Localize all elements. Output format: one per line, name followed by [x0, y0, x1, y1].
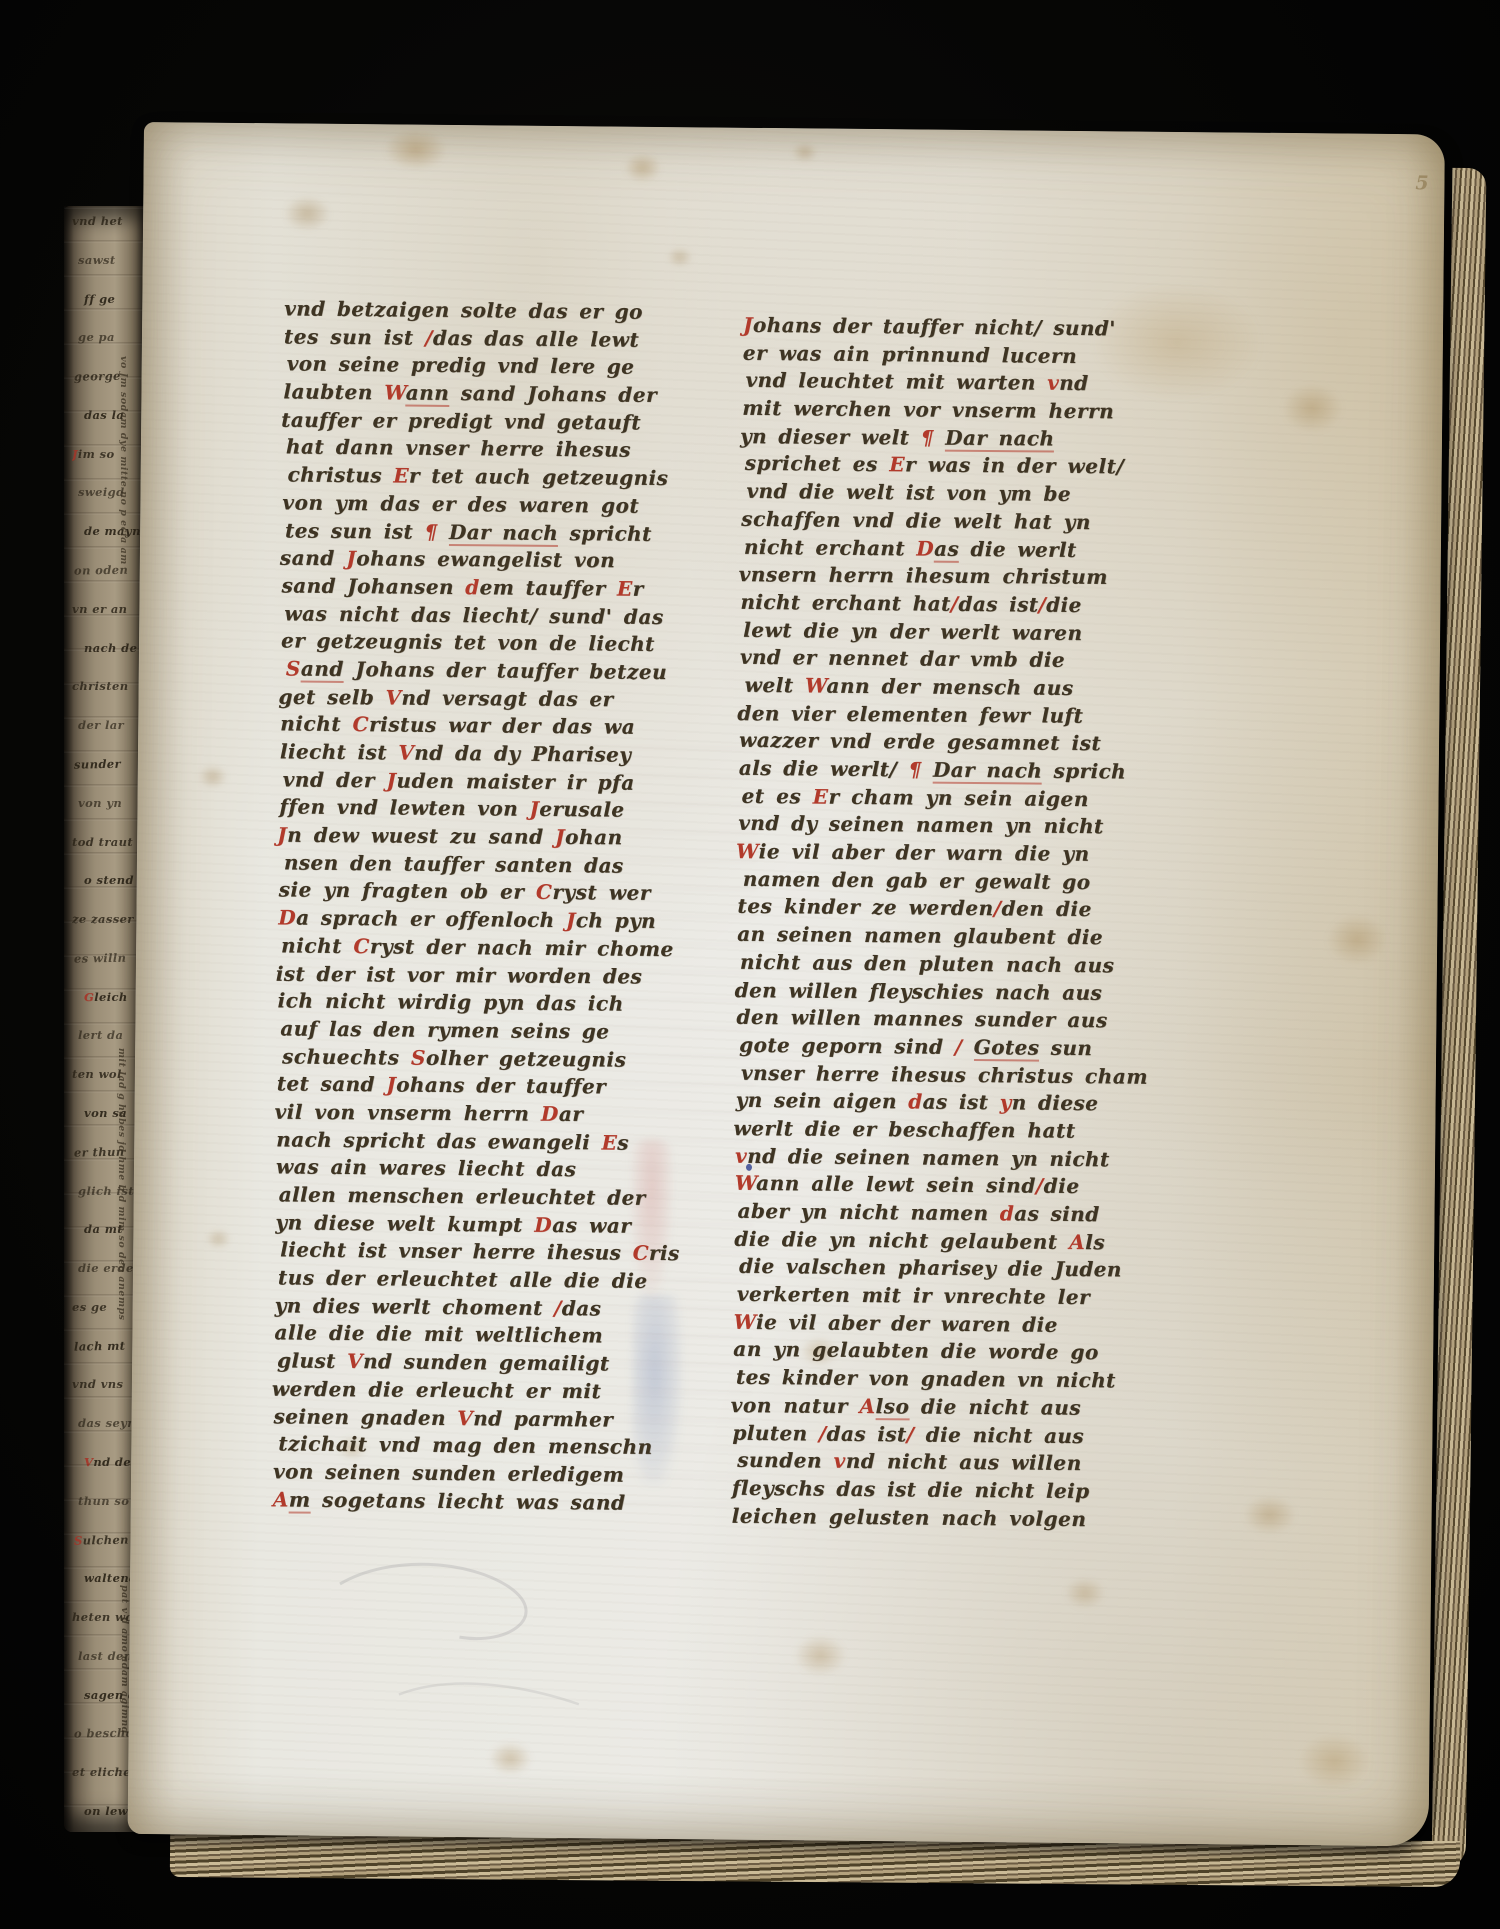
edge-fragment: tod traut	[72, 837, 144, 849]
manuscript-line: Sand Johans der tauffer betzeu	[286, 655, 656, 686]
rubric-mark: A	[859, 1394, 875, 1418]
manuscript-line: nach spricht das ewangeli Es	[276, 1126, 646, 1157]
rubric-underline: m	[289, 1487, 311, 1513]
rubric-mark: /	[1036, 1174, 1044, 1198]
foxing-spot	[205, 1229, 231, 1249]
manuscript-line: tus der erleuchtet alle die die	[278, 1264, 648, 1295]
manuscript-line: christus Er tet auch getzeugnis	[287, 462, 657, 493]
manuscript-line: sunden vnd nicht aus willen	[737, 1447, 1109, 1478]
manuscript-line: seinen gnaden Vnd parmher	[273, 1403, 643, 1434]
edge-fragment: o stend	[84, 875, 144, 887]
edge-fragment: ten wol	[72, 1069, 144, 1081]
rubric-mark: ¶	[424, 519, 437, 543]
manuscript-line: vnd die welt ist von ym be	[746, 478, 1118, 509]
rubric-mark: V	[385, 685, 401, 709]
manuscript-line: tzichait vnd mag den menschn	[278, 1431, 648, 1462]
manuscript-line: hat dann vnser herre ihesus	[286, 434, 656, 465]
rubric-mark: d	[908, 1090, 923, 1114]
edge-fragment: ge pa	[78, 332, 144, 344]
rubric-mark: V	[84, 1455, 93, 1469]
rubric-mark: J	[743, 313, 753, 337]
text-column-right: Johans der tauffer nicht/ sund'er was ai…	[732, 312, 1116, 1534]
manuscript-line: werden die erleucht er mit	[272, 1375, 642, 1405]
manuscript-line: liecht ist vnser herre ihesus Cris	[280, 1237, 650, 1268]
rubric-mark: J	[277, 823, 287, 847]
manuscript-line: tauffer er predigt vnd getauft	[281, 406, 651, 436]
rubric-mark: ¶	[908, 757, 921, 781]
manuscript-line: an yn gelaubten die worde go	[733, 1336, 1105, 1367]
rubric-mark: J	[555, 825, 565, 849]
edge-fragment: de mayn	[84, 526, 144, 538]
manuscript-line: werlt die er beschaffen hatt	[733, 1115, 1105, 1145]
manuscript-line: als die werlt/ ¶ Dar nach sprich	[739, 755, 1111, 786]
manuscript-line: ffen vnd lewten von Jerusale	[279, 794, 649, 825]
rubric-mark: E	[601, 1130, 617, 1154]
manuscript-line: mit werchen vor vnserm herrn	[742, 395, 1114, 426]
rubric-mark: J	[386, 1073, 396, 1097]
photo-backdrop: vnd hetsawstff gege pageorgedas laJim so…	[0, 0, 1500, 1929]
manuscript-line: was nicht das liecht/ sund' das	[284, 600, 654, 631]
manuscript-line: yn dies werlt choment /das	[275, 1292, 645, 1323]
text-column-left: vnd betzaigen solte das er gotes sun ist…	[273, 295, 655, 1517]
manuscript-line: namen den gab er gewalt go	[743, 866, 1115, 897]
edge-fragment: ff ge	[84, 294, 144, 306]
manuscript-page: 5 vnd betzaigen solte das er gotes sun i…	[128, 122, 1445, 1846]
rubric-mark: /	[1038, 592, 1046, 616]
rubric-mark: /	[994, 897, 1002, 921]
rubric-underline: Dar nach	[449, 519, 558, 546]
manuscript-line: yn diese welt kumpt Das war	[275, 1209, 645, 1240]
edge-fragment: george	[74, 371, 144, 384]
manuscript-line: et es Er cham yn sein aigen	[741, 782, 1113, 813]
rubric-mark: G	[84, 990, 94, 1004]
foxing-spot	[793, 1634, 847, 1677]
manuscript-line: vnd der Juden maister ir pfa	[283, 766, 653, 797]
rubric-underline: ann	[406, 381, 450, 407]
rubric-mark: D	[534, 1212, 552, 1236]
edge-fragment: sawst	[78, 255, 144, 267]
manuscript-line: get selb Vnd versagt das er	[278, 683, 648, 713]
manuscript-line: Wie vil aber der waren die	[733, 1308, 1105, 1339]
manuscript-line: tes kinder von gnaden vn nicht	[736, 1364, 1108, 1395]
manuscript-line: von natur Also die nicht aus	[731, 1392, 1103, 1422]
rubric-mark: W	[736, 839, 759, 863]
foxing-spot	[1326, 913, 1388, 966]
foxing-spot	[792, 142, 818, 162]
foxing-spot	[1064, 1577, 1106, 1609]
manuscript-line: Da sprach er offenloch Jch pyn	[278, 904, 648, 935]
manuscript-line: die die yn nicht gelaubent Als	[734, 1225, 1106, 1256]
manuscript-line: vnd betzaigen solte das er go	[284, 295, 654, 326]
rubric-mark: S	[286, 656, 301, 680]
manuscript-line: von ym das er des waren got	[282, 489, 652, 520]
rubric-mark: /	[951, 592, 959, 616]
manuscript-line: vil von vnserm herrn Dar	[274, 1099, 644, 1129]
rubric-mark: J	[346, 546, 356, 570]
rubric-mark: S	[74, 1533, 83, 1547]
rubric-mark: E	[617, 576, 633, 600]
rubric-mark: E	[393, 464, 409, 488]
manuscript-line: ich nicht wirdig pyn das ich	[277, 988, 647, 1019]
manuscript-line: von seine predig vnd lere ge	[287, 351, 657, 382]
edge-fragment: ze zasser	[72, 914, 144, 926]
manuscript-line: tes kinder ze werden/den die	[737, 893, 1109, 924]
rubric-mark: /	[955, 1035, 963, 1059]
rubric-mark: d	[1000, 1201, 1015, 1225]
manuscript-line: yn dieser welt ¶ Dar nach	[740, 423, 1112, 453]
edge-fragment: von yn	[78, 798, 144, 810]
rubric-mark: J	[529, 797, 539, 821]
rubric-mark: D	[278, 905, 296, 929]
folio-number: 5	[1415, 174, 1428, 193]
foxing-spot	[623, 153, 661, 183]
manuscript-line: aber yn nicht namen das sind	[737, 1198, 1109, 1229]
manuscript-line: nicht Cryst der nach mir chome	[281, 932, 651, 963]
manuscript-line: an seinen namen glaubent die	[737, 921, 1109, 952]
manuscript-line: allen menschen erleuchtet der	[279, 1181, 649, 1212]
manuscript-line: den vier elementen fewr luft	[737, 700, 1109, 730]
manuscript-line: vnd die seinen namen yn nicht	[735, 1142, 1107, 1173]
gutter-note-3: pat v d amo adam agimnd	[118, 1585, 129, 1734]
manuscript-line: die valschen pharisey die Juden	[739, 1253, 1111, 1284]
rubric-underline: as	[934, 536, 959, 562]
foxing-spot	[1281, 383, 1343, 434]
rubric-mark: C	[633, 1241, 650, 1265]
rubric-mark: W	[805, 673, 827, 697]
rubric-mark: /	[906, 1422, 914, 1446]
edge-fragment: nach de	[84, 643, 144, 655]
manuscript-line: Wie vil aber der warn die yn	[736, 838, 1108, 868]
rubric-mark: E	[889, 453, 905, 477]
rubric-underline: lso	[875, 1394, 909, 1420]
manuscript-line: auf las den rymen seins ge	[280, 1015, 650, 1046]
rubric-underline: Dar nach	[933, 758, 1042, 785]
rubric-mark: C	[353, 934, 370, 958]
manuscript-line: tet sand Johans der tauffer	[277, 1071, 647, 1102]
foxing-spot	[384, 128, 448, 171]
foxing-spot	[198, 765, 228, 789]
manuscript-line: Am sogetans liecht was sand	[273, 1486, 643, 1517]
manuscript-line: den willen fleyschies nach aus	[735, 977, 1107, 1007]
foxing-spot	[1242, 1495, 1296, 1536]
edge-fragment: on oden	[74, 564, 144, 577]
manuscript-line: schaffen vnd die welt hat yn	[741, 506, 1113, 537]
manuscript-line: vnd dy seinen namen yn nicht	[738, 810, 1110, 841]
manuscript-line: sand Johans ewangelist von	[280, 545, 650, 575]
rubric-mark: V	[398, 740, 414, 764]
rubric-mark: J	[386, 768, 396, 792]
rubric-mark: V	[347, 1349, 363, 1373]
rubric-mark: D	[541, 1102, 559, 1126]
edge-fragment: vn er an	[72, 604, 144, 616]
manuscript-line: sprichet es Er was in der welt/	[745, 450, 1117, 481]
manuscript-line: glust Vnd sunden gemailigt	[277, 1347, 647, 1378]
manuscript-line: er getzeugnis tet von de liecht	[281, 628, 651, 659]
rubric-mark: v	[833, 1449, 845, 1473]
edge-fragment: Jim so	[72, 449, 144, 461]
edge-fragment: der lar	[78, 720, 144, 732]
gutter-note-1: vo Jm sodam dye mitte no p ecia am	[117, 356, 128, 565]
edge-fragment: das la	[84, 410, 144, 422]
rubric-underline: and	[301, 656, 344, 682]
manuscript-line: yn sein aigen das ist yn diese	[735, 1087, 1107, 1118]
manuscript-line: sie yn fragten ob er Cryst wer	[278, 877, 648, 908]
manuscript-line: Wann alle lewt sein sind/die	[735, 1170, 1107, 1201]
manuscript-line: lewt die yn der werlt waren	[743, 616, 1115, 647]
manuscript-line: gote geporn sind / Gotes sun	[739, 1032, 1111, 1063]
rubric-mark: J	[72, 447, 78, 461]
rubric-mark: W	[384, 380, 406, 404]
manuscript-line: nicht Cristus war der das wa	[280, 711, 650, 742]
rubric-mark: /	[819, 1421, 827, 1445]
rubric-mark: W	[735, 1171, 757, 1195]
edge-fragment: lert da	[78, 1030, 144, 1042]
manuscript-line: sand Johansen dem tauffer Er	[281, 572, 651, 603]
manuscript-line: liecht ist Vnd da dy Pharisey	[280, 738, 650, 769]
manuscript-line: den willen mannes sunder aus	[736, 1004, 1108, 1035]
manuscript-line: schuechts Solher getzeugnis	[282, 1043, 652, 1074]
manuscript-line: tes sun ist ¶ Dar nach spricht	[285, 517, 655, 548]
manuscript-line: wazzer vnd erde gesamnet ist	[739, 727, 1111, 758]
pencil-squiggle	[278, 1523, 700, 1787]
rubric-mark: J	[566, 908, 576, 932]
rubric-mark: y	[1000, 1091, 1012, 1115]
manuscript-line: nicht erchant hat/das ist/die	[740, 589, 1112, 620]
manuscript-line: nicht aus den pluten nach aus	[740, 949, 1112, 980]
manuscript-line: Jn dew wuest zu sand Johan	[277, 822, 647, 852]
manuscript-line: verkerten mit ir vnrechte ler	[737, 1281, 1109, 1312]
gutter-note-2: mit lad g habes jd hme b d mim so deo an…	[115, 1048, 126, 1321]
manuscript-line: nicht erchant Das die werlt	[744, 533, 1116, 564]
rubric-mark: v	[735, 1143, 747, 1167]
manuscript-line: vnsern herrn ihesum christum	[739, 561, 1111, 591]
manuscript-line: tes sun ist /das das alle lewt	[284, 323, 654, 354]
manuscript-line: er was ain prinnund lucern	[743, 339, 1115, 370]
manuscript-line: ist der ist vor mir worden des	[276, 960, 646, 990]
rubric-mark: ¶	[921, 425, 934, 449]
manuscript-line: was ain wares liecht das	[276, 1154, 646, 1185]
rubric-mark: A	[273, 1487, 289, 1511]
foxing-spot	[1298, 1733, 1371, 1790]
manuscript-line: vnd leuchtet mit warten vnd	[745, 367, 1117, 398]
rubric-mark: D	[916, 536, 934, 560]
rubric-mark: W	[733, 1309, 756, 1333]
rubric-mark: /	[425, 325, 433, 349]
rubric-mark: S	[411, 1045, 426, 1069]
manuscript-line: leichen gelusten nach volgen	[732, 1502, 1104, 1533]
manuscript-line: Johans der tauffer nicht/ sund'	[743, 312, 1115, 343]
rubric-underline: Gotes	[974, 1035, 1040, 1062]
edge-fragment: christen	[72, 681, 144, 693]
rubric-mark: C	[536, 880, 553, 904]
foxing-spot	[488, 1741, 532, 1775]
manuscript-line: vnser herre ihesus christus cham	[741, 1059, 1113, 1090]
edge-fragment: sunder	[74, 758, 144, 771]
rubric-mark: /	[554, 1296, 562, 1320]
manuscript-line: fleyschs das ist die nicht leip	[732, 1475, 1104, 1506]
manuscript-line: alle die die mit weltlichem	[274, 1320, 644, 1351]
rubric-mark: A	[1069, 1230, 1085, 1254]
edge-fragment: sweigd	[78, 487, 144, 499]
foxing-spot	[283, 195, 331, 231]
manuscript-line: pluten /das ist/ die nicht aus	[732, 1419, 1104, 1450]
rubric-mark: v	[1047, 371, 1059, 395]
edge-fragment: vnd het	[72, 216, 144, 228]
manuscript-line: welt Wann der mensch aus	[744, 672, 1116, 703]
rubric-mark: E	[813, 784, 829, 808]
manuscript-line: laubten Wann sand Johans der	[283, 378, 653, 409]
manuscript-line: vnd er nennet dar vmb die	[740, 644, 1112, 675]
rubric-mark: C	[352, 712, 369, 736]
manuscript-line: von seinen sunden erledigem	[273, 1458, 643, 1489]
rubric-underline: Dar nach	[945, 425, 1054, 452]
rubric-mark: V	[457, 1406, 473, 1430]
edge-fragment: es willn	[74, 952, 144, 965]
rubric-mark: d	[465, 575, 480, 599]
foxing-spot	[667, 247, 693, 267]
manuscript-line: nsen den tauffer santen das	[284, 849, 654, 880]
